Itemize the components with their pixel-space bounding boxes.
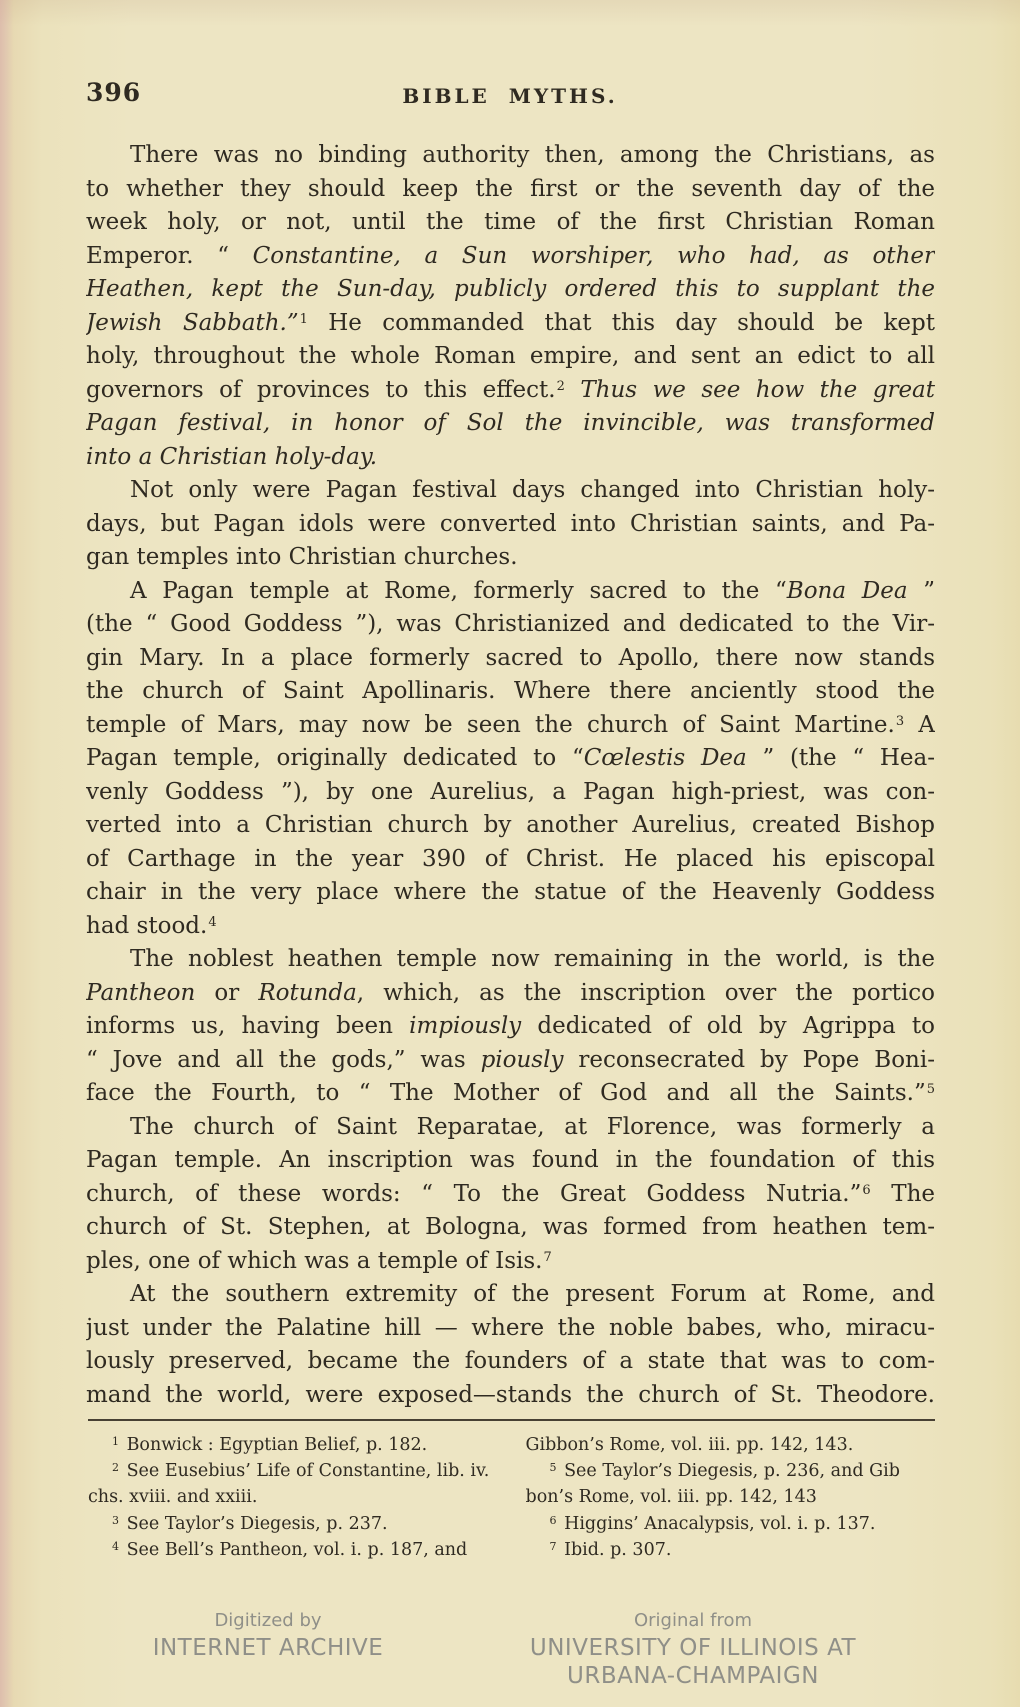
footnote-line: 2 See Eusebius’ Life of Constantine, lib…: [88, 1458, 512, 1484]
text-line: of Carthage in the year 390 of Christ. H…: [86, 843, 935, 877]
text-line: verted into a Christian church by anothe…: [86, 809, 935, 843]
text-segment: days, but Pagan idols were converted int…: [86, 511, 935, 537]
text-segment: informs us, having been: [86, 1013, 409, 1039]
footnote-divider: [88, 1419, 935, 1421]
text-segment: The noblest heathen temple now remaining…: [130, 946, 935, 972]
text-segment: ” (the “ Hea-: [747, 745, 935, 771]
text-segment: See Eusebius’ Life of Constantine, lib. …: [121, 1461, 489, 1481]
text-line: informs us, having been impiously dedica…: [86, 1010, 935, 1044]
text-segment: Bonwick : Egyptian Belief, p. 182.: [121, 1435, 427, 1455]
text-line: just under the Palatine hill — where the…: [86, 1312, 935, 1346]
text-segment: or: [195, 980, 258, 1006]
footnote-ref: 3: [896, 714, 904, 729]
paragraph: Not only were Pagan festival days change…: [86, 474, 935, 575]
text-segment: lously preserved, became the founders of…: [86, 1348, 935, 1374]
text-segment: Pagan temple, originally dedicated to “: [86, 745, 584, 771]
footnote-ref: 3: [112, 1514, 119, 1527]
text-segment: The: [871, 1181, 935, 1207]
text-segment: See Bell’s Pantheon, vol. i. p. 187, and: [121, 1540, 467, 1560]
text-segment: Rotunda: [258, 980, 356, 1006]
text-line: Pagan festival, in honor of Sol the invi…: [86, 407, 935, 441]
text-segment: gin Mary. In a place formerly sacred to …: [86, 645, 935, 671]
text-line: Emperor. “ Constantine, a Sun worshiper,…: [86, 240, 935, 274]
text-segment: , which, as the inscription over the por…: [357, 980, 935, 1006]
text-segment: See Taylor’s Diegesis, p. 237.: [121, 1514, 388, 1534]
text-line: Pagan temple. An inscription was found i…: [86, 1144, 935, 1178]
text-segment: Thus we see how the great: [580, 377, 935, 403]
text-line: into a Christian holy-day.: [86, 441, 935, 475]
text-segment: chs. xviii. and xxiii.: [88, 1487, 257, 1507]
text-segment: week holy, or not, until the time of the…: [86, 209, 935, 235]
text-segment: temple of Mars, may now be seen the chur…: [86, 712, 895, 738]
footnote-ref: 4: [112, 1540, 119, 1553]
paragraph: At the southern extremity of the present…: [86, 1278, 935, 1412]
footnote-column-right: Gibbon’s Rome, vol. iii. pp. 142, 143.5 …: [512, 1432, 936, 1563]
text-segment: holy, throughout the whole Roman empire,…: [86, 343, 935, 369]
text-segment: Jewish Sabbath.”: [86, 310, 299, 336]
text-line: had stood.4: [86, 910, 935, 944]
text-segment: At the southern extremity of the present…: [130, 1281, 935, 1307]
watermark-text: UNIVERSITY OF ILLINOIS AT: [508, 1634, 878, 1662]
text-segment: bon’s Rome, vol. iii. pp. 142, 143: [526, 1487, 817, 1507]
watermark-text: Digitized by: [118, 1608, 418, 1634]
text-segment: A: [904, 712, 935, 738]
body-text: There was no binding authority then, amo…: [86, 139, 935, 1412]
footnote-ref: 4: [208, 915, 216, 930]
watermark-text: Original from: [508, 1608, 878, 1634]
text-segment: [565, 377, 580, 403]
footnote-line: 7 Ibid. p. 307.: [526, 1537, 936, 1563]
page-left-edge-shadow: [0, 0, 14, 1707]
text-line: The noblest heathen temple now remaining…: [86, 943, 935, 977]
footnote-line: 6 Higgins’ Anacalypsis, vol. i. p. 137.: [526, 1511, 936, 1537]
text-segment: the church of Saint Apollinaris. Where t…: [86, 678, 935, 704]
text-segment: Pagan temple. An inscription was found i…: [86, 1147, 935, 1173]
paragraph: A Pagan temple at Rome, formerly sacred …: [86, 575, 935, 944]
text-segment: into a Christian holy-day.: [86, 444, 377, 470]
text-segment: church, of these words: “ To the Great G…: [86, 1181, 861, 1207]
text-segment: face the Fourth, to “ The Mother of God …: [86, 1080, 926, 1106]
book-page-scan: 396 BIBLE MYTHS. There was no binding au…: [0, 0, 1020, 1707]
text-line: mand the world, were exposed—stands the …: [86, 1379, 935, 1413]
text-segment: Constantine, a Sun worshiper, who had, a…: [253, 243, 935, 269]
text-segment: Pagan festival, in honor of Sol the invi…: [86, 410, 935, 436]
text-line: Heathen, kept the Sun-day, publicly orde…: [86, 273, 935, 307]
text-segment: just under the Palatine hill — where the…: [86, 1315, 935, 1341]
text-segment: church of St. Stephen, at Bologna, was f…: [86, 1214, 935, 1240]
running-title: BIBLE MYTHS.: [0, 84, 1020, 108]
watermark-text: INTERNET ARCHIVE: [118, 1634, 418, 1662]
text-segment: He commanded that this day should be kep…: [308, 310, 935, 336]
text-line: Pantheon or Rotunda, which, as the inscr…: [86, 977, 935, 1011]
text-segment: chair in the very place where the statue…: [86, 879, 935, 905]
text-segment: There was no binding authority then, amo…: [130, 142, 935, 168]
footnote-ref: 6: [862, 1183, 870, 1198]
text-segment: Higgins’ Anacalypsis, vol. i. p. 137.: [559, 1514, 876, 1534]
text-segment: of Carthage in the year 390 of Christ. H…: [86, 846, 935, 872]
text-line: chair in the very place where the statue…: [86, 876, 935, 910]
text-segment: verted into a Christian church by anothe…: [86, 812, 935, 838]
footnote-line: 1 Bonwick : Egyptian Belief, p. 182.: [88, 1432, 512, 1458]
footnote-column-left: 1 Bonwick : Egyptian Belief, p. 182.2 Se…: [88, 1432, 512, 1563]
footnote-line: bon’s Rome, vol. iii. pp. 142, 143: [526, 1484, 936, 1510]
text-segment: Pantheon: [86, 980, 195, 1006]
text-line: venly Goddess ”), by one Aurelius, a Pag…: [86, 776, 935, 810]
text-line: A Pagan temple at Rome, formerly sacred …: [86, 575, 935, 609]
text-segment: to whether they should keep the first or…: [86, 176, 935, 202]
text-line: (the “ Good Goddess ”), was Christianize…: [86, 608, 935, 642]
text-line: There was no binding authority then, amo…: [86, 139, 935, 173]
text-segment: impiously: [409, 1013, 521, 1039]
text-segment: ples, one of which was a temple of Isis.: [86, 1248, 542, 1274]
text-segment: Not only were Pagan festival days change…: [130, 477, 935, 503]
footnote-ref: 2: [557, 379, 565, 394]
footnote-ref: 1: [300, 312, 308, 327]
text-segment: Gibbon’s Rome, vol. iii. pp. 142, 143.: [526, 1435, 854, 1455]
text-line: Jewish Sabbath.”1 He commanded that this…: [86, 307, 935, 341]
text-segment: ”: [908, 578, 935, 604]
text-line: governors of provinces to this effect.2 …: [86, 374, 935, 408]
text-line: The church of Saint Reparatae, at Floren…: [86, 1111, 935, 1145]
text-segment: reconsecrated by Pope Boni-: [563, 1047, 935, 1073]
footnote-ref: 7: [550, 1540, 557, 1553]
footnote-ref: 6: [550, 1514, 557, 1527]
footnote-ref: 1: [112, 1435, 119, 1448]
footnote-line: Gibbon’s Rome, vol. iii. pp. 142, 143.: [526, 1432, 936, 1458]
text-line: gin Mary. In a place formerly sacred to …: [86, 642, 935, 676]
text-line: At the southern extremity of the present…: [86, 1278, 935, 1312]
text-segment: Bona Dea: [787, 578, 908, 604]
text-line: the church of Saint Apollinaris. Where t…: [86, 675, 935, 709]
footnote-ref: 5: [550, 1461, 557, 1474]
text-segment: Heathen, kept the Sun-day, publicly orde…: [86, 276, 935, 302]
text-segment: venly Goddess ”), by one Aurelius, a Pag…: [86, 779, 935, 805]
text-line: holy, throughout the whole Roman empire,…: [86, 340, 935, 374]
text-line: face the Fourth, to “ The Mother of God …: [86, 1077, 935, 1111]
footnote-ref: 2: [112, 1461, 119, 1474]
text-line: church of St. Stephen, at Bologna, was f…: [86, 1211, 935, 1245]
text-segment: gan temples into Christian churches.: [86, 544, 518, 570]
text-line: lously preserved, became the founders of…: [86, 1345, 935, 1379]
text-segment: mand the world, were exposed—stands the …: [86, 1382, 935, 1408]
text-line: Not only were Pagan festival days change…: [86, 474, 935, 508]
text-line: ples, one of which was a temple of Isis.…: [86, 1245, 935, 1279]
text-line: days, but Pagan idols were converted int…: [86, 508, 935, 542]
text-line: gan temples into Christian churches.: [86, 541, 935, 575]
footnote-ref: 5: [927, 1082, 935, 1097]
footnote-line: 4 See Bell’s Pantheon, vol. i. p. 187, a…: [88, 1537, 512, 1563]
text-segment: piously: [481, 1047, 564, 1073]
text-segment: A Pagan temple at Rome, formerly sacred …: [130, 578, 787, 604]
text-line: to whether they should keep the first or…: [86, 173, 935, 207]
text-line: temple of Mars, may now be seen the chur…: [86, 709, 935, 743]
text-segment: (the “ Good Goddess ”), was Christianize…: [86, 611, 935, 637]
text-segment: dedicated of old by Agrippa to: [521, 1013, 935, 1039]
watermark-digitized-by: Digitized by INTERNET ARCHIVE: [118, 1608, 418, 1662]
text-line: “ Jove and all the gods,” was piously re…: [86, 1044, 935, 1078]
text-segment: Emperor. “: [86, 243, 253, 269]
footnote-ref: 7: [543, 1250, 551, 1265]
text-segment: “ Jove and all the gods,” was: [86, 1047, 481, 1073]
paragraph: The noblest heathen temple now remaining…: [86, 943, 935, 1111]
footnote-line: 3 See Taylor’s Diegesis, p. 237.: [88, 1511, 512, 1537]
text-segment: Ibid. p. 307.: [559, 1540, 672, 1560]
footnote-line: 5 See Taylor’s Diegesis, p. 236, and Gib: [526, 1458, 936, 1484]
footnotes: 1 Bonwick : Egyptian Belief, p. 182.2 Se…: [88, 1432, 935, 1563]
text-line: church, of these words: “ To the Great G…: [86, 1178, 935, 1212]
text-line: Pagan temple, originally dedicated to “C…: [86, 742, 935, 776]
watermark-original-from: Original from UNIVERSITY OF ILLINOIS AT …: [508, 1608, 878, 1690]
watermark-text: URBANA-CHAMPAIGN: [508, 1662, 878, 1690]
paragraph: There was no binding authority then, amo…: [86, 139, 935, 474]
text-segment: had stood.: [86, 913, 207, 939]
text-line: week holy, or not, until the time of the…: [86, 206, 935, 240]
text-segment: The church of Saint Reparatae, at Floren…: [130, 1114, 935, 1140]
paragraph: The church of Saint Reparatae, at Floren…: [86, 1111, 935, 1279]
text-segment: governors of provinces to this effect.: [86, 377, 556, 403]
text-segment: Cœlestis Dea: [584, 745, 747, 771]
footnote-line: chs. xviii. and xxiii.: [88, 1484, 512, 1510]
text-segment: See Taylor’s Diegesis, p. 236, and Gib: [559, 1461, 900, 1481]
